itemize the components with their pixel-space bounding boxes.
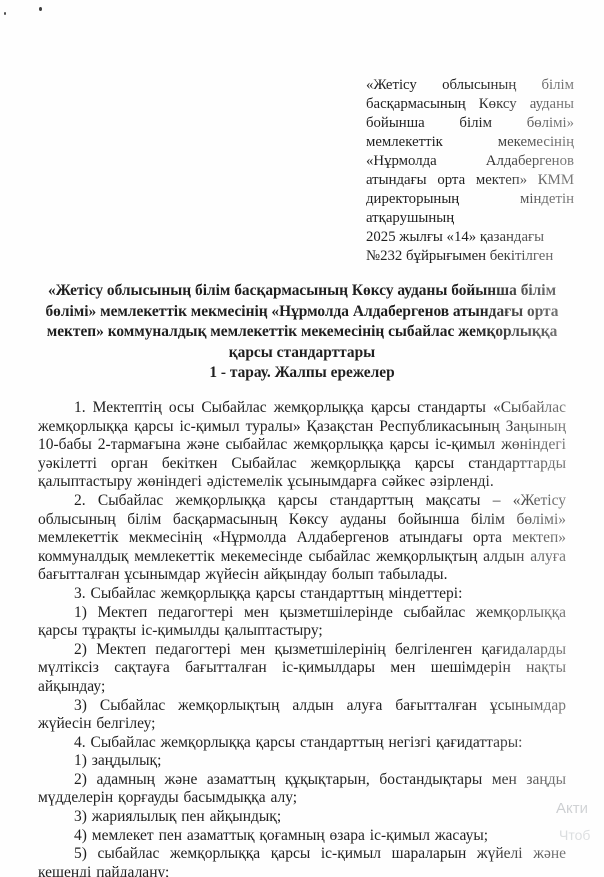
paragraph-3-heading: 3. Сыбайлас жемқорлыққа қарсы стандартты…: [38, 585, 566, 604]
paragraph-4-heading: 4. Сыбайлас жемқорлыққа қарсы стандартты…: [38, 734, 566, 753]
paragraph-4-item-4: 4) мемлекет пен азаматтық қоғамның өзара…: [38, 827, 566, 846]
paragraph-3-item-3: 3) Сыбайлас жемқорлықтың алдын алуға бағ…: [38, 697, 566, 734]
document-body: 1. Мектептің осы Сыбайлас жемқорлыққа қа…: [38, 399, 566, 877]
approval-line: «Жетісу облысының білім: [366, 76, 574, 95]
approval-line: атындағы орта мектеп» КММ: [366, 171, 574, 190]
paragraph-3-item-1: 1) Мектеп педагогтері мен қызметшілерінд…: [38, 604, 566, 641]
approval-line: директорының міндетін: [366, 190, 574, 209]
scan-speck: [39, 7, 42, 11]
paragraph-1: 1. Мектептің осы Сыбайлас жемқорлыққа қа…: [38, 399, 566, 492]
approval-order-number: №232 бұйрығымен бекітілген: [366, 247, 574, 266]
paragraph-4-item-3: 3) жариялылық пен айқындық;: [38, 808, 566, 827]
windows-activation-watermark-line1: Акти: [556, 800, 588, 817]
paragraph-3-item-2: 2) Мектеп педагогтері мен қызметшілеріні…: [38, 641, 566, 697]
paragraph-4-item-5: 5) сыбайлас жемқорлыққа қарсы іс-қимыл ш…: [38, 845, 566, 877]
document-title: «Жетісу облысының білім басқармасының Кө…: [44, 281, 560, 363]
approval-line: басқармасының Көксу ауданы: [366, 95, 574, 114]
scan-speck: [4, 12, 6, 15]
approval-line: атқарушының: [366, 209, 574, 228]
chapter-heading: 1 - тарау. Жалпы ережелер: [0, 364, 604, 382]
paragraph-4-item-2: 2) адамның және азаматтың құқықтарын, бо…: [38, 771, 566, 808]
approval-line: бойынша білім бөлімі»: [366, 114, 574, 133]
scan-speck: [135, 857, 137, 859]
paragraph-4-item-1: 1) заңдылық;: [38, 752, 566, 771]
approval-line: «Нұрмолда Алдабергенов: [366, 152, 574, 171]
approval-stamp-block: «Жетісу облысының білім басқармасының Кө…: [366, 76, 574, 266]
approval-order-date: 2025 жылғы «14» қазандағы: [366, 228, 574, 247]
scanned-document-page: «Жетісу облысының білім басқармасының Кө…: [0, 0, 604, 877]
windows-activation-watermark-line2: Чтоб: [559, 827, 590, 843]
paragraph-2: 2. Сыбайлас жемқорлыққа қарсы стандартты…: [38, 492, 566, 585]
approval-line: мемлекеттік мекемесінің: [366, 133, 574, 152]
